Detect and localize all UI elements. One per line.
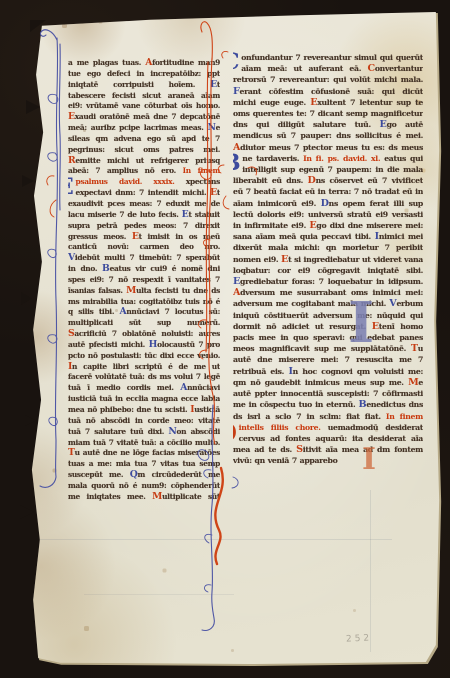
versal-initial-N: N [207,122,215,133]
verse-text: xaudi oratōnē meā dne 7 depcatōnē meā: a… [68,112,220,132]
versal-initial-E: E [68,111,75,122]
rubric-text: In fi. ps. david. xl. [303,154,384,163]
edge-notch [20,505,34,519]
versal-initial-Q: Q [130,469,138,480]
versal-initial-D: D [308,175,316,186]
manuscript-leaf: a me plagas tuas. Afortitudine man9 tue … [24,10,440,664]
versal-initial-E: E [233,276,240,287]
ruling-line-horizontal [36,539,392,540]
photo-background: a me plagas tuas. Afortitudine man9 tue … [0,0,450,678]
ruling-line-horizontal [84,594,234,595]
verse-text: grediebatur foras: 7 loquebatur in idips… [240,277,423,286]
versal-initial-C: C [368,63,375,74]
versal-initial-B: B [102,263,110,274]
versal-initial-E: E [380,119,387,130]
versal-initial-M: M [408,377,418,388]
versal-initial-E: E [210,79,217,90]
edge-notch [26,100,40,114]
versal-initial-M: M [126,285,136,296]
parchment-speckles [24,10,25,11]
margin-initial-blue-I: I [348,294,374,352]
versal-initial-M: M [152,491,162,502]
versal-initial-B: B [233,153,242,173]
versal-initial-T: T [68,447,75,458]
text-column-left: a me plagas tuas. Afortitudine man9 tue … [68,58,220,504]
versal-initial-N: N [168,426,176,437]
text-column-right: Confundantur 7 revereantur simul qui que… [233,52,423,496]
versal-initial-S: S [296,444,303,455]
edge-notch [21,292,32,305]
edge-notch [22,175,34,187]
verse-text: a me plagas tuas. [68,58,145,67]
edge-notch [25,415,36,426]
versal-initial-E: E [210,187,217,198]
margin-initial-red-I: I [362,444,376,476]
versal-initial-D: D [321,198,329,209]
versal-initial-C: C [233,52,241,72]
versal-initial-T: T [411,343,418,354]
versal-initial-E: E [132,231,139,242]
versal-initial-H: H [149,339,157,350]
pencil-inscription: 252 [346,633,373,644]
ruling-line-vertical [370,490,371,652]
versal-initial-V: V [68,252,75,263]
